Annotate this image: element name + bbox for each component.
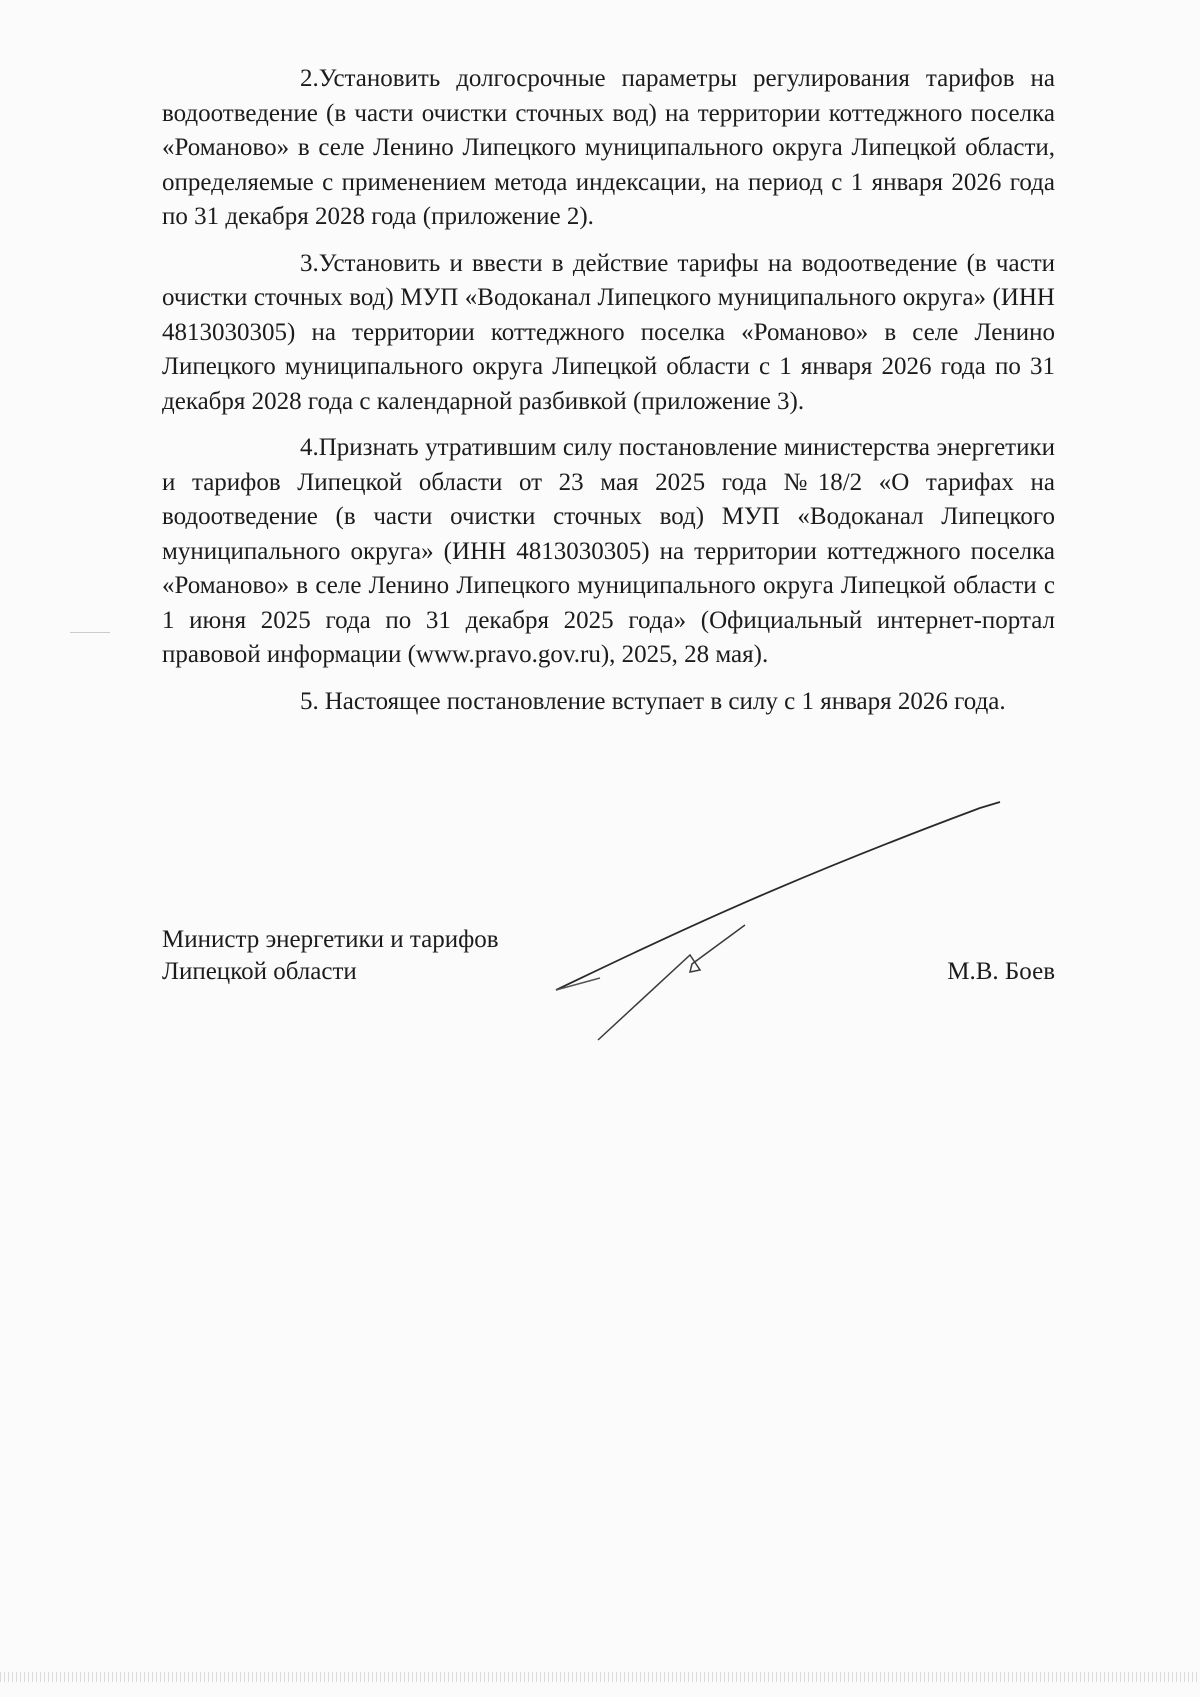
paragraph-5: 5.Настоящее постановление вступает в сил… xyxy=(162,685,1055,720)
paragraph-number: 2. xyxy=(231,62,319,97)
document-body: 2.Установить долгосрочные параметры регу… xyxy=(162,62,1055,719)
paragraph-2: 2.Установить долгосрочные параметры регу… xyxy=(162,62,1055,235)
document-page: 2.Установить долгосрочные параметры регу… xyxy=(0,0,1200,1697)
signatory-title-line-1: Министр энергетики и тарифов xyxy=(162,924,499,956)
signatory-title-line-2: Липецкой области xyxy=(162,956,499,988)
signatory-name: М.В. Боев xyxy=(947,956,1055,988)
paragraph-number: 3. xyxy=(231,247,319,282)
paragraph-text: Признать утратившим силу постановление м… xyxy=(162,434,1055,668)
paragraph-text: Настоящее постановление вступает в силу … xyxy=(325,688,1006,715)
paragraph-4: 4.Признать утратившим силу постановление… xyxy=(162,431,1055,673)
signatory-title: Министр энергетики и тарифов Липецкой об… xyxy=(162,924,499,988)
paragraph-number: 4. xyxy=(231,431,319,466)
paragraph-3: 3.Установить и ввести в действие тарифы … xyxy=(162,247,1055,420)
scan-margin-mark xyxy=(70,632,110,633)
paragraph-number: 5. xyxy=(231,685,319,720)
scan-edge-artifact xyxy=(0,1672,1200,1682)
